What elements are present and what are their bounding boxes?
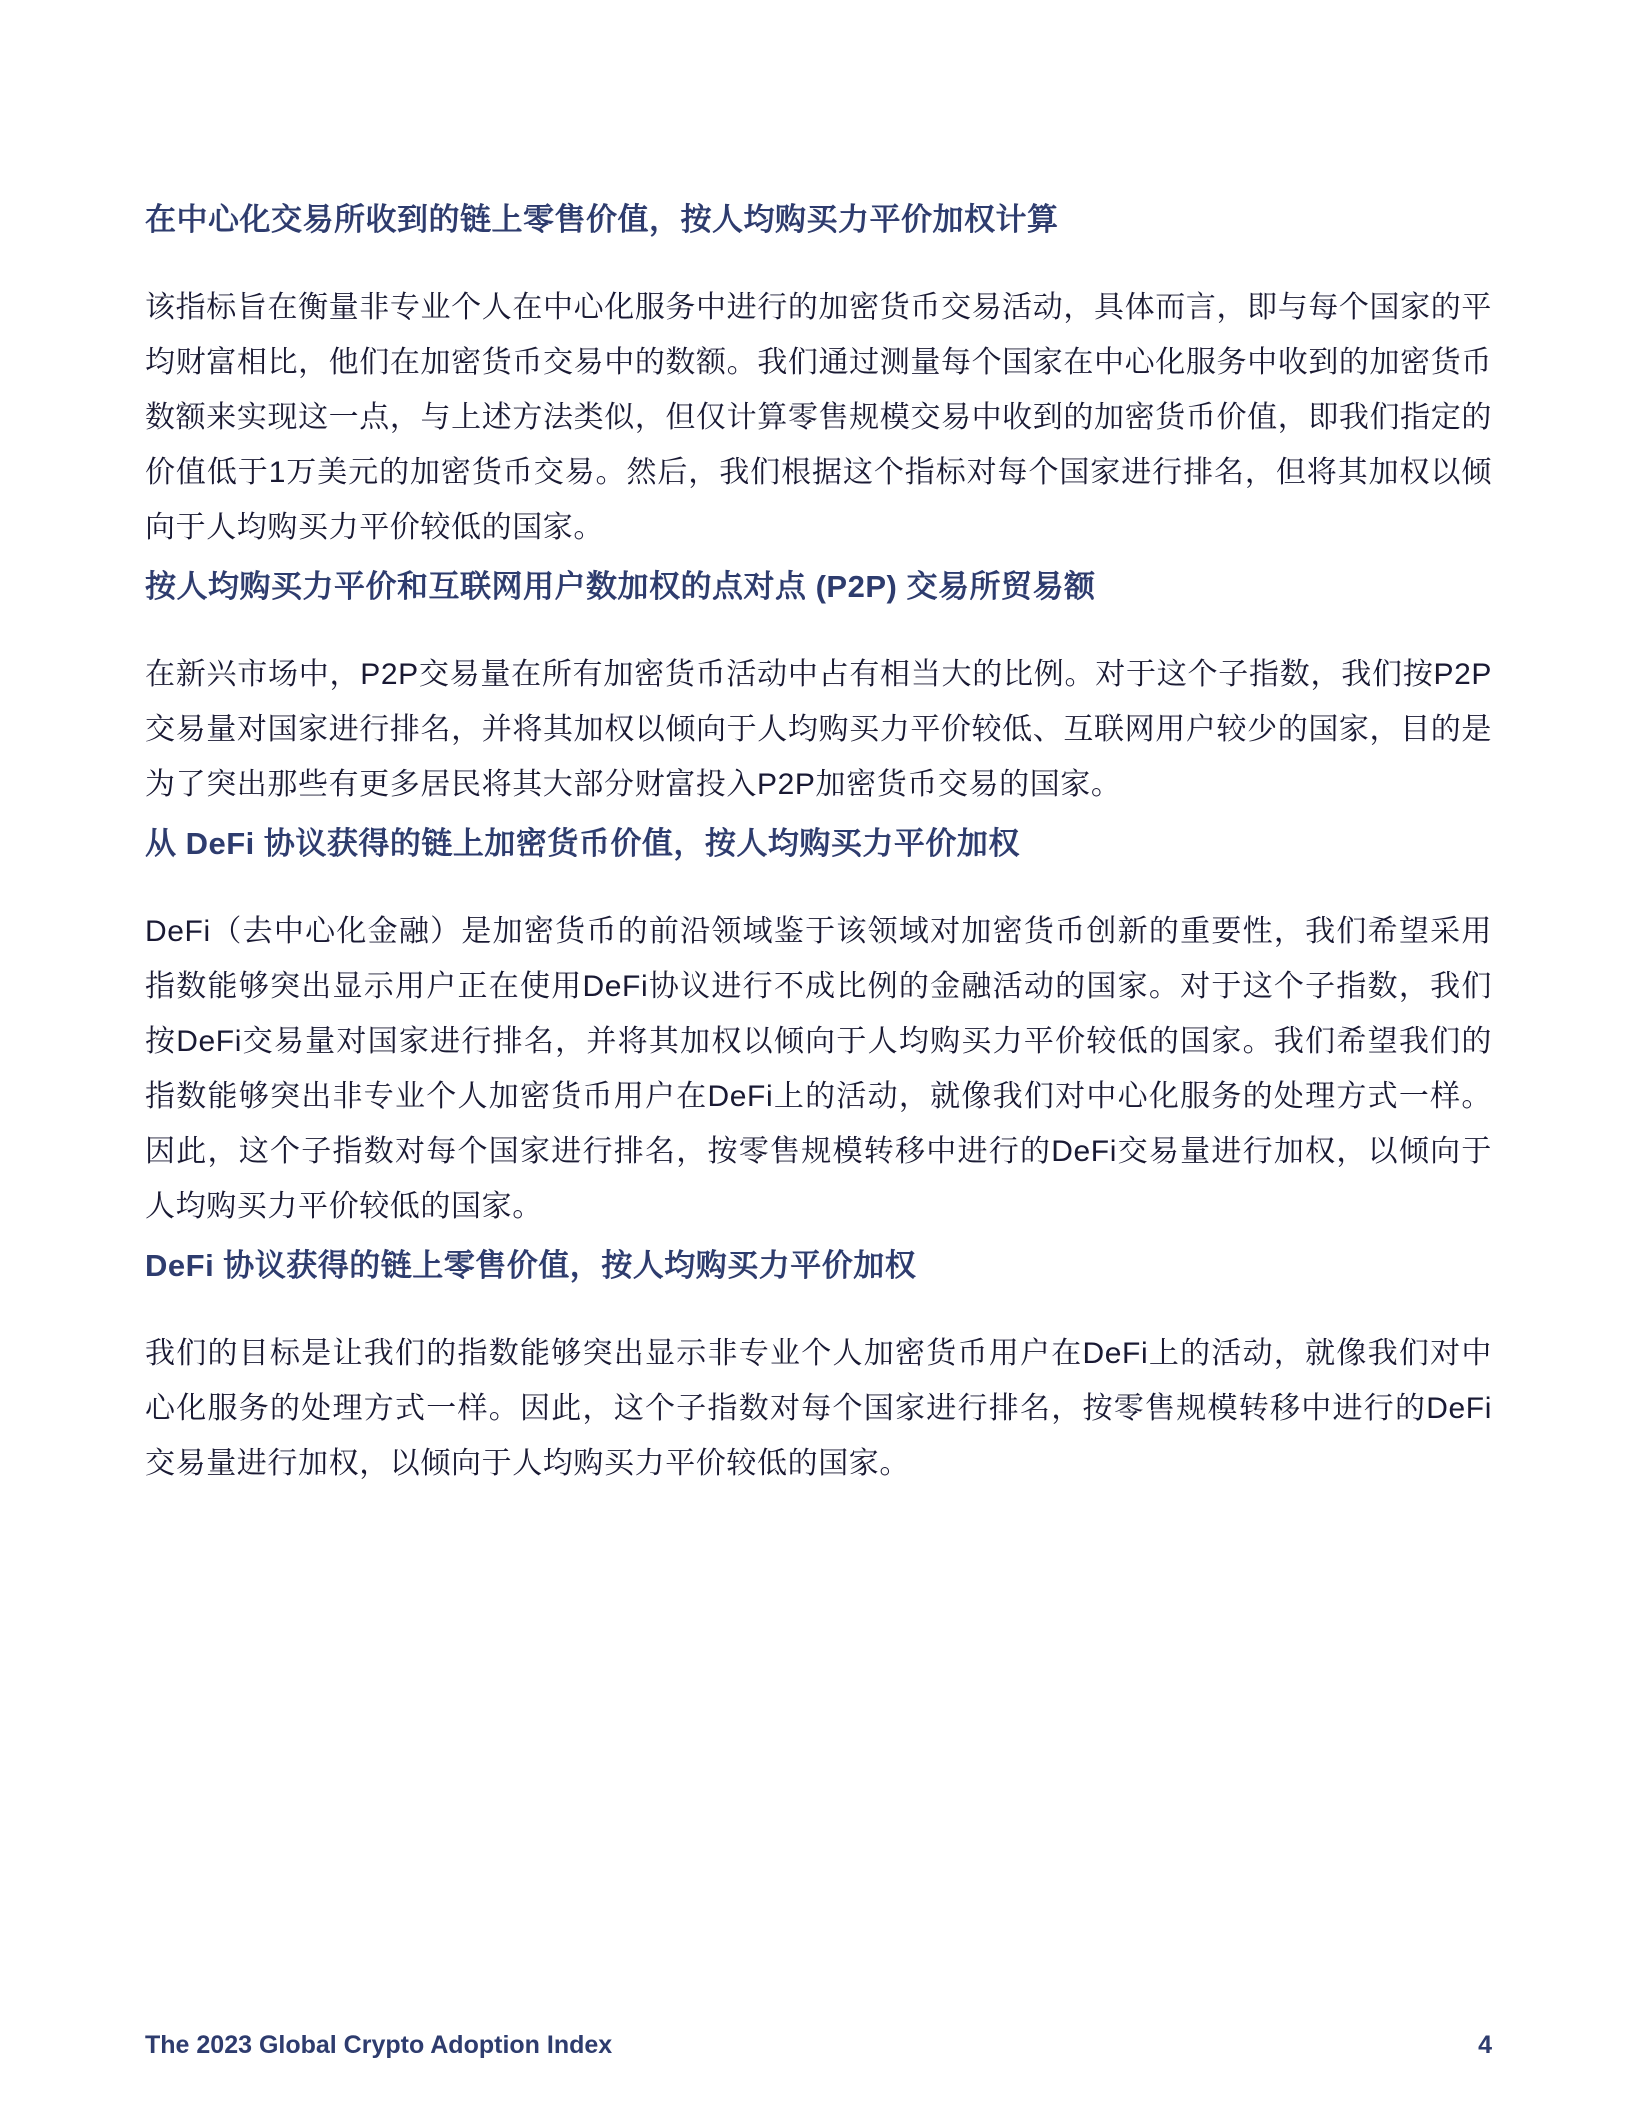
section-heading: 在中心化交易所收到的链上零售价值，按人均购买力平价加权计算 <box>145 200 1492 240</box>
footer-title: The 2023 Global Crypto Adoption Index <box>145 2031 612 2060</box>
section-heading: 按人均购买力平价和互联网用户数加权的点对点 (P2P) 交易所贸易额 <box>145 567 1492 607</box>
document-page: 在中心化交易所收到的链上零售价值，按人均购买力平价加权计算 该指标旨在衡量非专业… <box>0 0 1632 2112</box>
section-heading: DeFi 协议获得的链上零售价值，按人均购买力平价加权 <box>145 1246 1492 1286</box>
section-paragraph: DeFi（去中心化金融）是加密货币的前沿领域鉴于该领域对加密货币创新的重要性，我… <box>145 904 1492 1234</box>
section-defi-value: 从 DeFi 协议获得的链上加密货币价值，按人均购买力平价加权 DeFi（去中心… <box>145 824 1492 1234</box>
section-centralized-retail: 在中心化交易所收到的链上零售价值，按人均购买力平价加权计算 该指标旨在衡量非专业… <box>145 200 1492 555</box>
section-paragraph: 我们的目标是让我们的指数能够突出显示非专业个人加密货币用户在DeFi上的活动，就… <box>145 1326 1492 1491</box>
page-content: 在中心化交易所收到的链上零售价值，按人均购买力平价加权计算 该指标旨在衡量非专业… <box>145 0 1492 1491</box>
page-footer: The 2023 Global Crypto Adoption Index 4 <box>145 2031 1492 2060</box>
section-defi-retail: DeFi 协议获得的链上零售价值，按人均购买力平价加权 我们的目标是让我们的指数… <box>145 1246 1492 1491</box>
section-paragraph: 该指标旨在衡量非专业个人在中心化服务中进行的加密货币交易活动，具体而言，即与每个… <box>145 280 1492 555</box>
section-paragraph: 在新兴市场中，P2P交易量在所有加密货币活动中占有相当大的比例。对于这个子指数，… <box>145 647 1492 812</box>
page-number: 4 <box>1478 2031 1492 2060</box>
section-p2p-volume: 按人均购买力平价和互联网用户数加权的点对点 (P2P) 交易所贸易额 在新兴市场… <box>145 567 1492 812</box>
section-heading: 从 DeFi 协议获得的链上加密货币价值，按人均购买力平价加权 <box>145 824 1492 864</box>
